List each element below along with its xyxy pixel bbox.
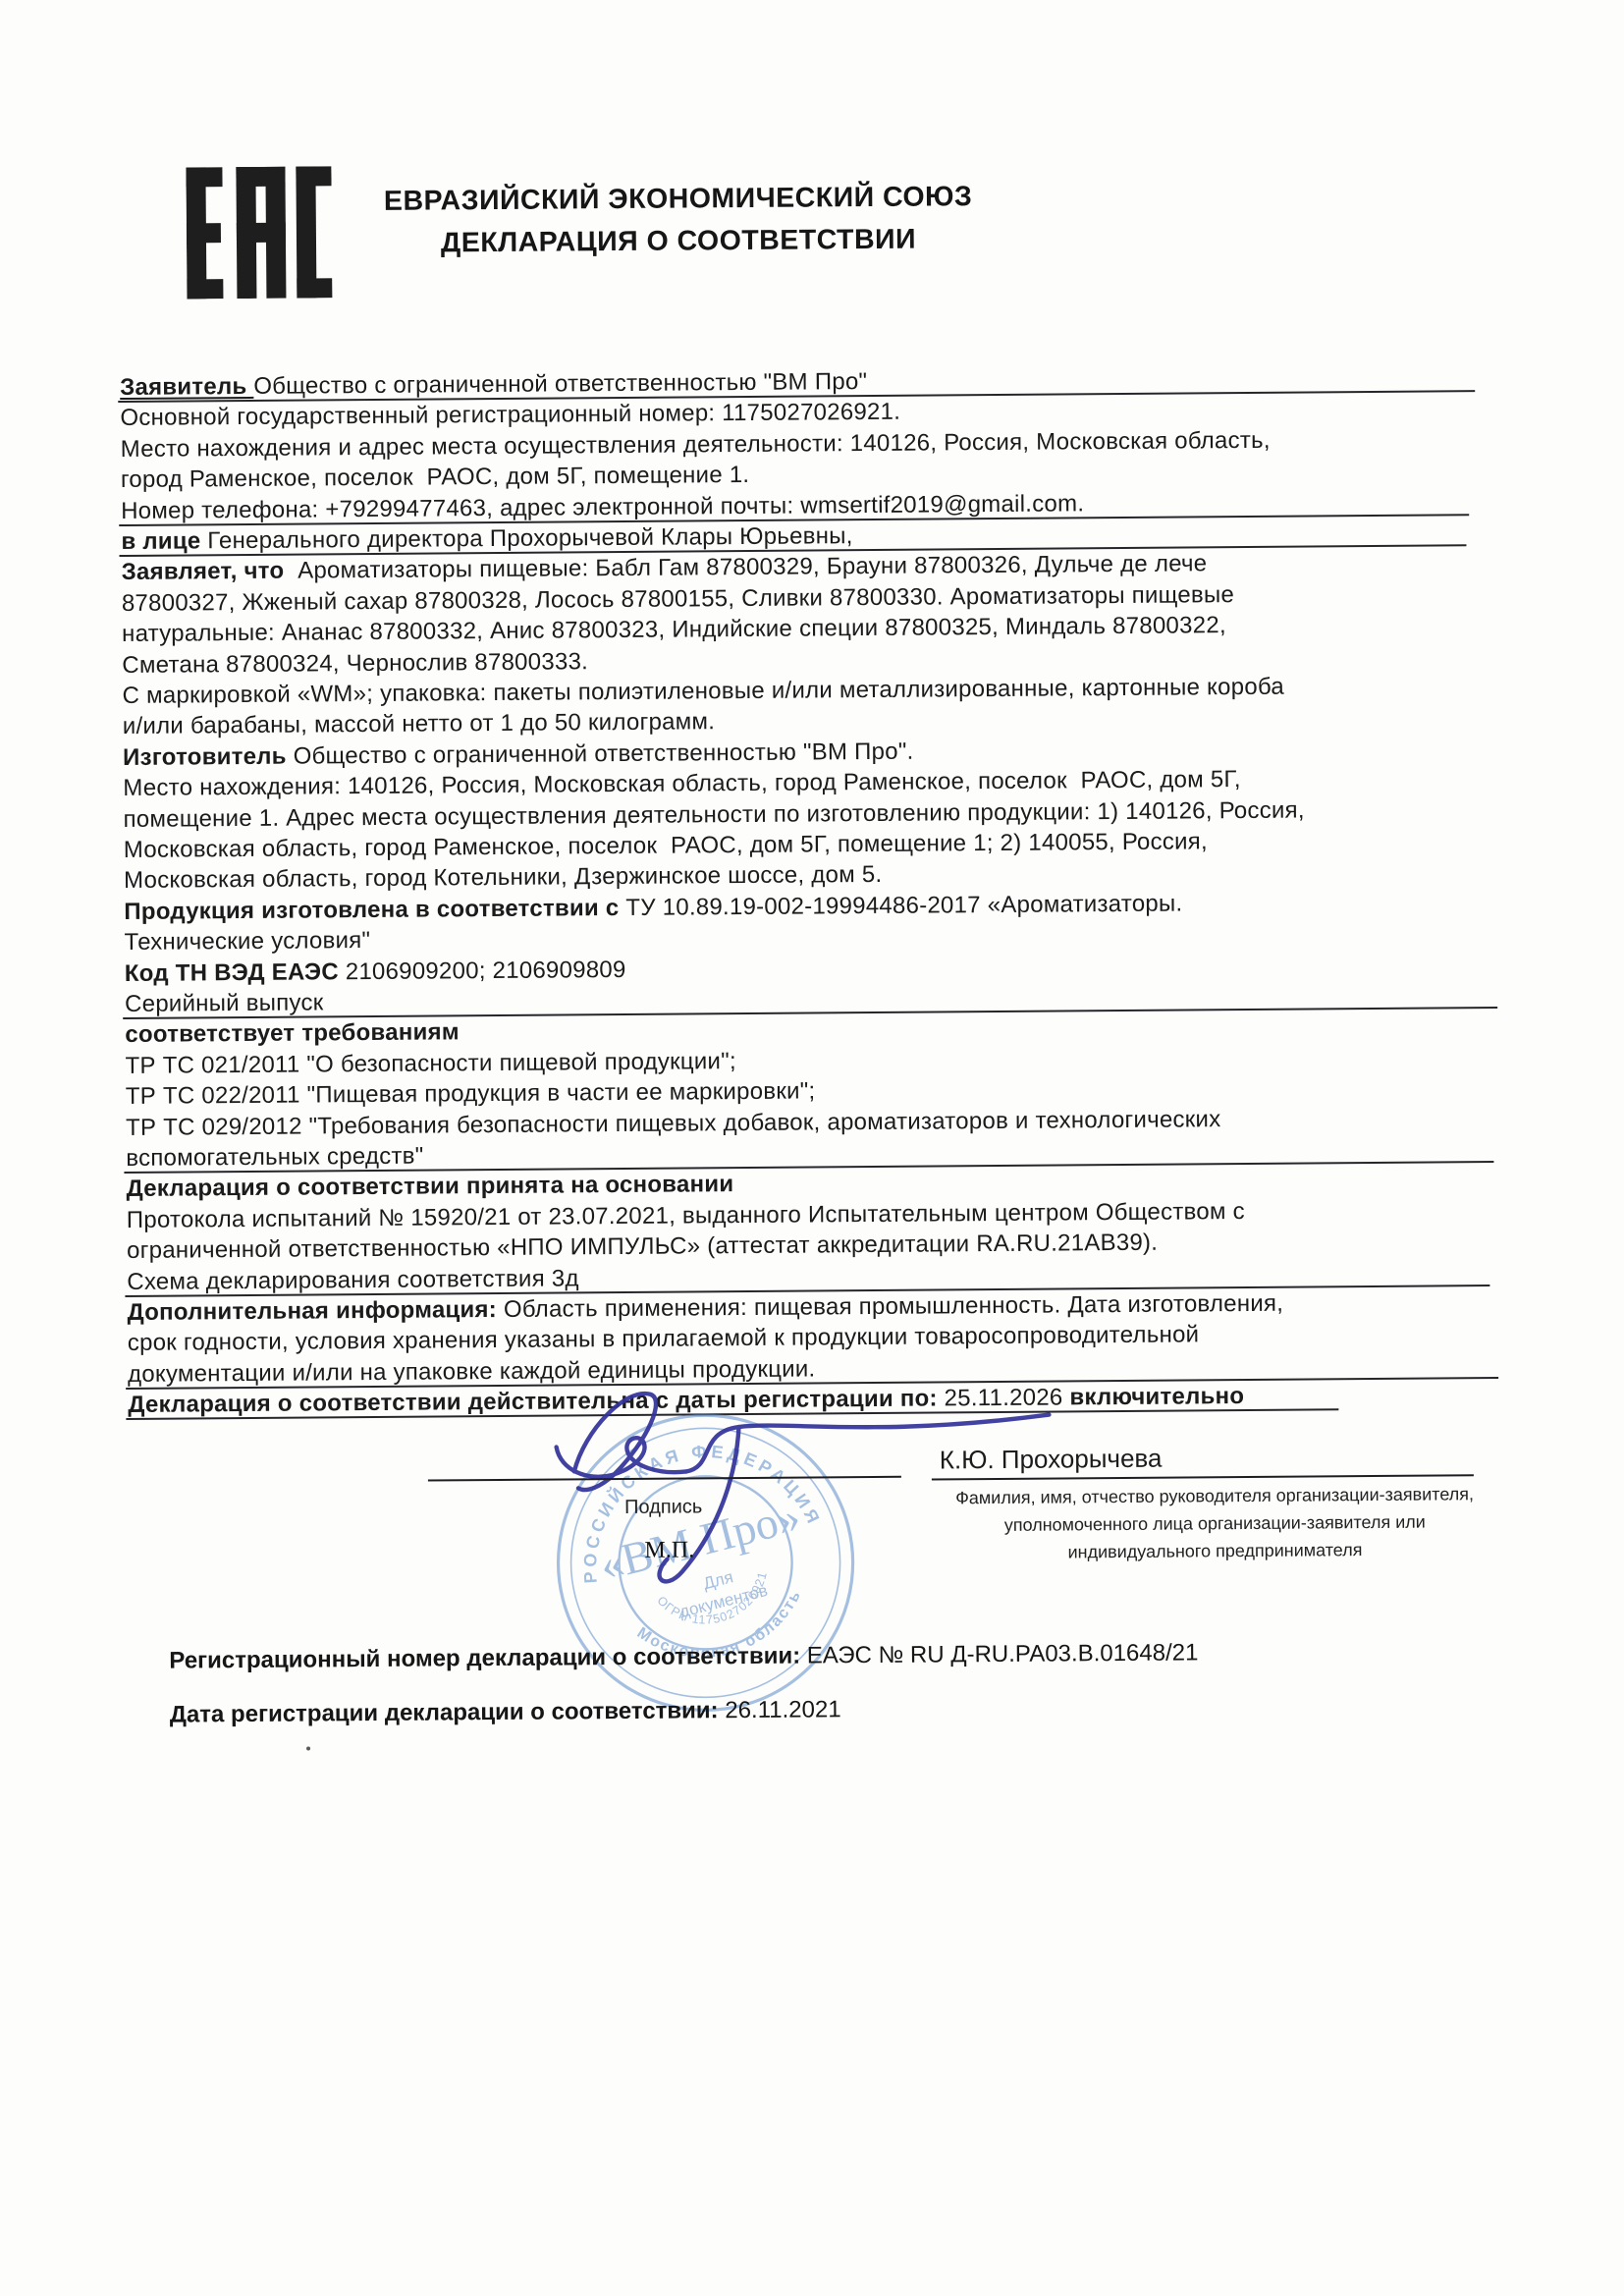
document-title: ЕВРАЗИЙСКИЙ ЭКОНОМИЧЕСКИЙ СОЮЗ ДЕКЛАРАЦИ… — [325, 176, 1033, 266]
form-underline — [123, 1007, 1497, 1019]
body-line-text: Серийный выпуск — [125, 989, 324, 1017]
scan-dot-artifact — [306, 1747, 310, 1751]
declaration-document-page: ЕВРАЗИЙСКИЙ ЭКОНОМИЧЕСКИЙ СОЮЗ ДЕКЛАРАЦИ… — [0, 0, 1624, 2296]
eac-mark-logo — [186, 166, 332, 299]
body-line-text: Место нахождения: 140126, Россия, Москов… — [123, 766, 1241, 801]
body-line-text: вспомогательных средств" — [126, 1143, 423, 1172]
body-line-text: Московская область, город Котельники, Дз… — [124, 861, 882, 894]
body-line: Декларация о соответствии принята на осн… — [126, 1170, 733, 1204]
body-line-text: ТР ТС 021/2011 "О безопасности пищевой п… — [125, 1048, 735, 1079]
body-line: Код ТН ВЭД ЕАЭС 2106909200; 2106909809 — [125, 956, 626, 989]
stamp-place-caption: М.П. — [644, 1537, 694, 1563]
body-line-text: Ароматизаторы пищевые: Бабл Гам 87800329… — [284, 551, 1207, 584]
body-line-label: Продукция изготовлена в соответствии с — [124, 895, 625, 925]
registration-date-row: Дата регистрации декларации о соответств… — [130, 1668, 841, 1757]
title-line-union: ЕВРАЗИЙСКИЙ ЭКОНОМИЧЕСКИЙ СОЮЗ — [325, 176, 1032, 224]
body-line-label: Дополнительная информация: — [127, 1296, 504, 1326]
body-line: ТР ТС 021/2011 "О безопасности пищевой п… — [125, 1047, 735, 1081]
body-line-text: ограниченной ответственностью «НПО ИМПУЛ… — [127, 1230, 1158, 1264]
body-line-label: Код ТН ВЭД ЕАЭС — [125, 958, 346, 987]
signer-name: К.Ю. Прохорычева — [940, 1444, 1163, 1476]
body-line-text: Технические условия" — [124, 927, 370, 956]
declaration-body-text: Заявитель Общество с ограниченной ответс… — [0, 0, 1623, 1]
eac-mark-icon — [186, 166, 332, 299]
body-line-text: и/или барабаны, массой нетто от 1 до 50 … — [123, 709, 715, 740]
body-line-label: Декларация о соответствии принята на осн… — [126, 1171, 733, 1202]
body-line-text: натуральные: Ананас 87800332, Анис 87800… — [122, 612, 1226, 647]
body-line-label: в лице — [121, 527, 207, 555]
body-line-text: Сметана 87800324, Чернослив 87800333. — [122, 648, 588, 679]
body-line-label: Заявляет, что — [122, 558, 285, 585]
body-line-text: 87800327, Жженый сахар 87800328, Лосось … — [122, 581, 1234, 617]
body-line: ТР ТС 022/2011 "Пищевая продукция в част… — [126, 1077, 816, 1113]
body-line-label: соответствует требованиям — [125, 1019, 460, 1049]
body-line: Сметана 87800324, Чернослив 87800333. — [122, 647, 588, 681]
body-line-text: ТР ТС 022/2011 "Пищевая продукция в част… — [126, 1078, 816, 1111]
body-line: соответствует требованиям — [125, 1018, 460, 1051]
body-line: город Раменское, поселок РАОС, дом 5Г, п… — [121, 461, 750, 495]
signer-note-line3: индивидуального предпринимателя — [934, 1535, 1495, 1566]
body-line: Московская область, город Котельники, Дз… — [124, 860, 882, 896]
title-line-declaration: ДЕКЛАРАЦИЯ О СООТВЕТСТВИИ — [325, 218, 1032, 266]
body-line: Основной государственный регистрационный… — [120, 398, 900, 433]
body-line-text: Основной государственный регистрационный… — [120, 399, 900, 431]
signer-note: Фамилия, имя, отчество руководителя орга… — [934, 1480, 1496, 1566]
signer-note-line2: уполномоченного лица организации-заявите… — [934, 1507, 1495, 1539]
body-line: Технические условия" — [124, 926, 370, 957]
body-line-label: Изготовитель — [123, 742, 294, 770]
body-line: Серийный выпуск — [125, 988, 324, 1019]
registration-date-value: 26.11.2021 — [725, 1696, 841, 1723]
body-line-text: Область применения: пищевая промышленнос… — [504, 1290, 1283, 1323]
body-line-text: Протокола испытаний № 15920/21 от 23.07.… — [127, 1198, 1245, 1233]
registration-number-value: ЕАЭС № RU Д-RU.РА03.В.01648/21 — [807, 1639, 1199, 1668]
body-line-text: Место нахождения и адрес места осуществл… — [121, 427, 1271, 463]
body-line-text: ТУ 10.89.19-002-19994486-2017 «Ароматиза… — [625, 890, 1182, 920]
body-line-text: Общество с ограниченной ответственностью… — [294, 738, 914, 769]
scanned-sheet: ЕВРАЗИЙСКИЙ ЭКОНОМИЧЕСКИЙ СОЮЗ ДЕКЛАРАЦИ… — [0, 0, 1624, 2296]
signature-caption: Подпись — [624, 1496, 702, 1519]
body-line-text: Московская область, город Раменское, пос… — [124, 828, 1208, 863]
body-line-label: Заявитель — [120, 373, 253, 401]
body-line-text: срок годности, условия хранения указаны … — [128, 1322, 1200, 1357]
signer-note-line1: Фамилия, имя, отчество руководителя орга… — [934, 1480, 1495, 1511]
body-line: и/или барабаны, массой нетто от 1 до 50 … — [123, 708, 715, 742]
body-line-text: город Раменское, поселок РАОС, дом 5Г, п… — [121, 462, 750, 493]
body-line-text: Схема декларирования соответствия 3д — [127, 1265, 579, 1295]
body-line: Изготовитель Общество с ограниченной отв… — [123, 737, 914, 772]
body-line: ограниченной ответственностью «НПО ИМПУЛ… — [127, 1229, 1158, 1266]
body-line-text: 2106909200; 2106909809 — [346, 957, 626, 985]
registration-date-label: Дата регистрации декларации о соответств… — [170, 1697, 726, 1727]
body-line-text: ТР ТС 029/2012 "Требования безопасности … — [126, 1106, 1221, 1141]
